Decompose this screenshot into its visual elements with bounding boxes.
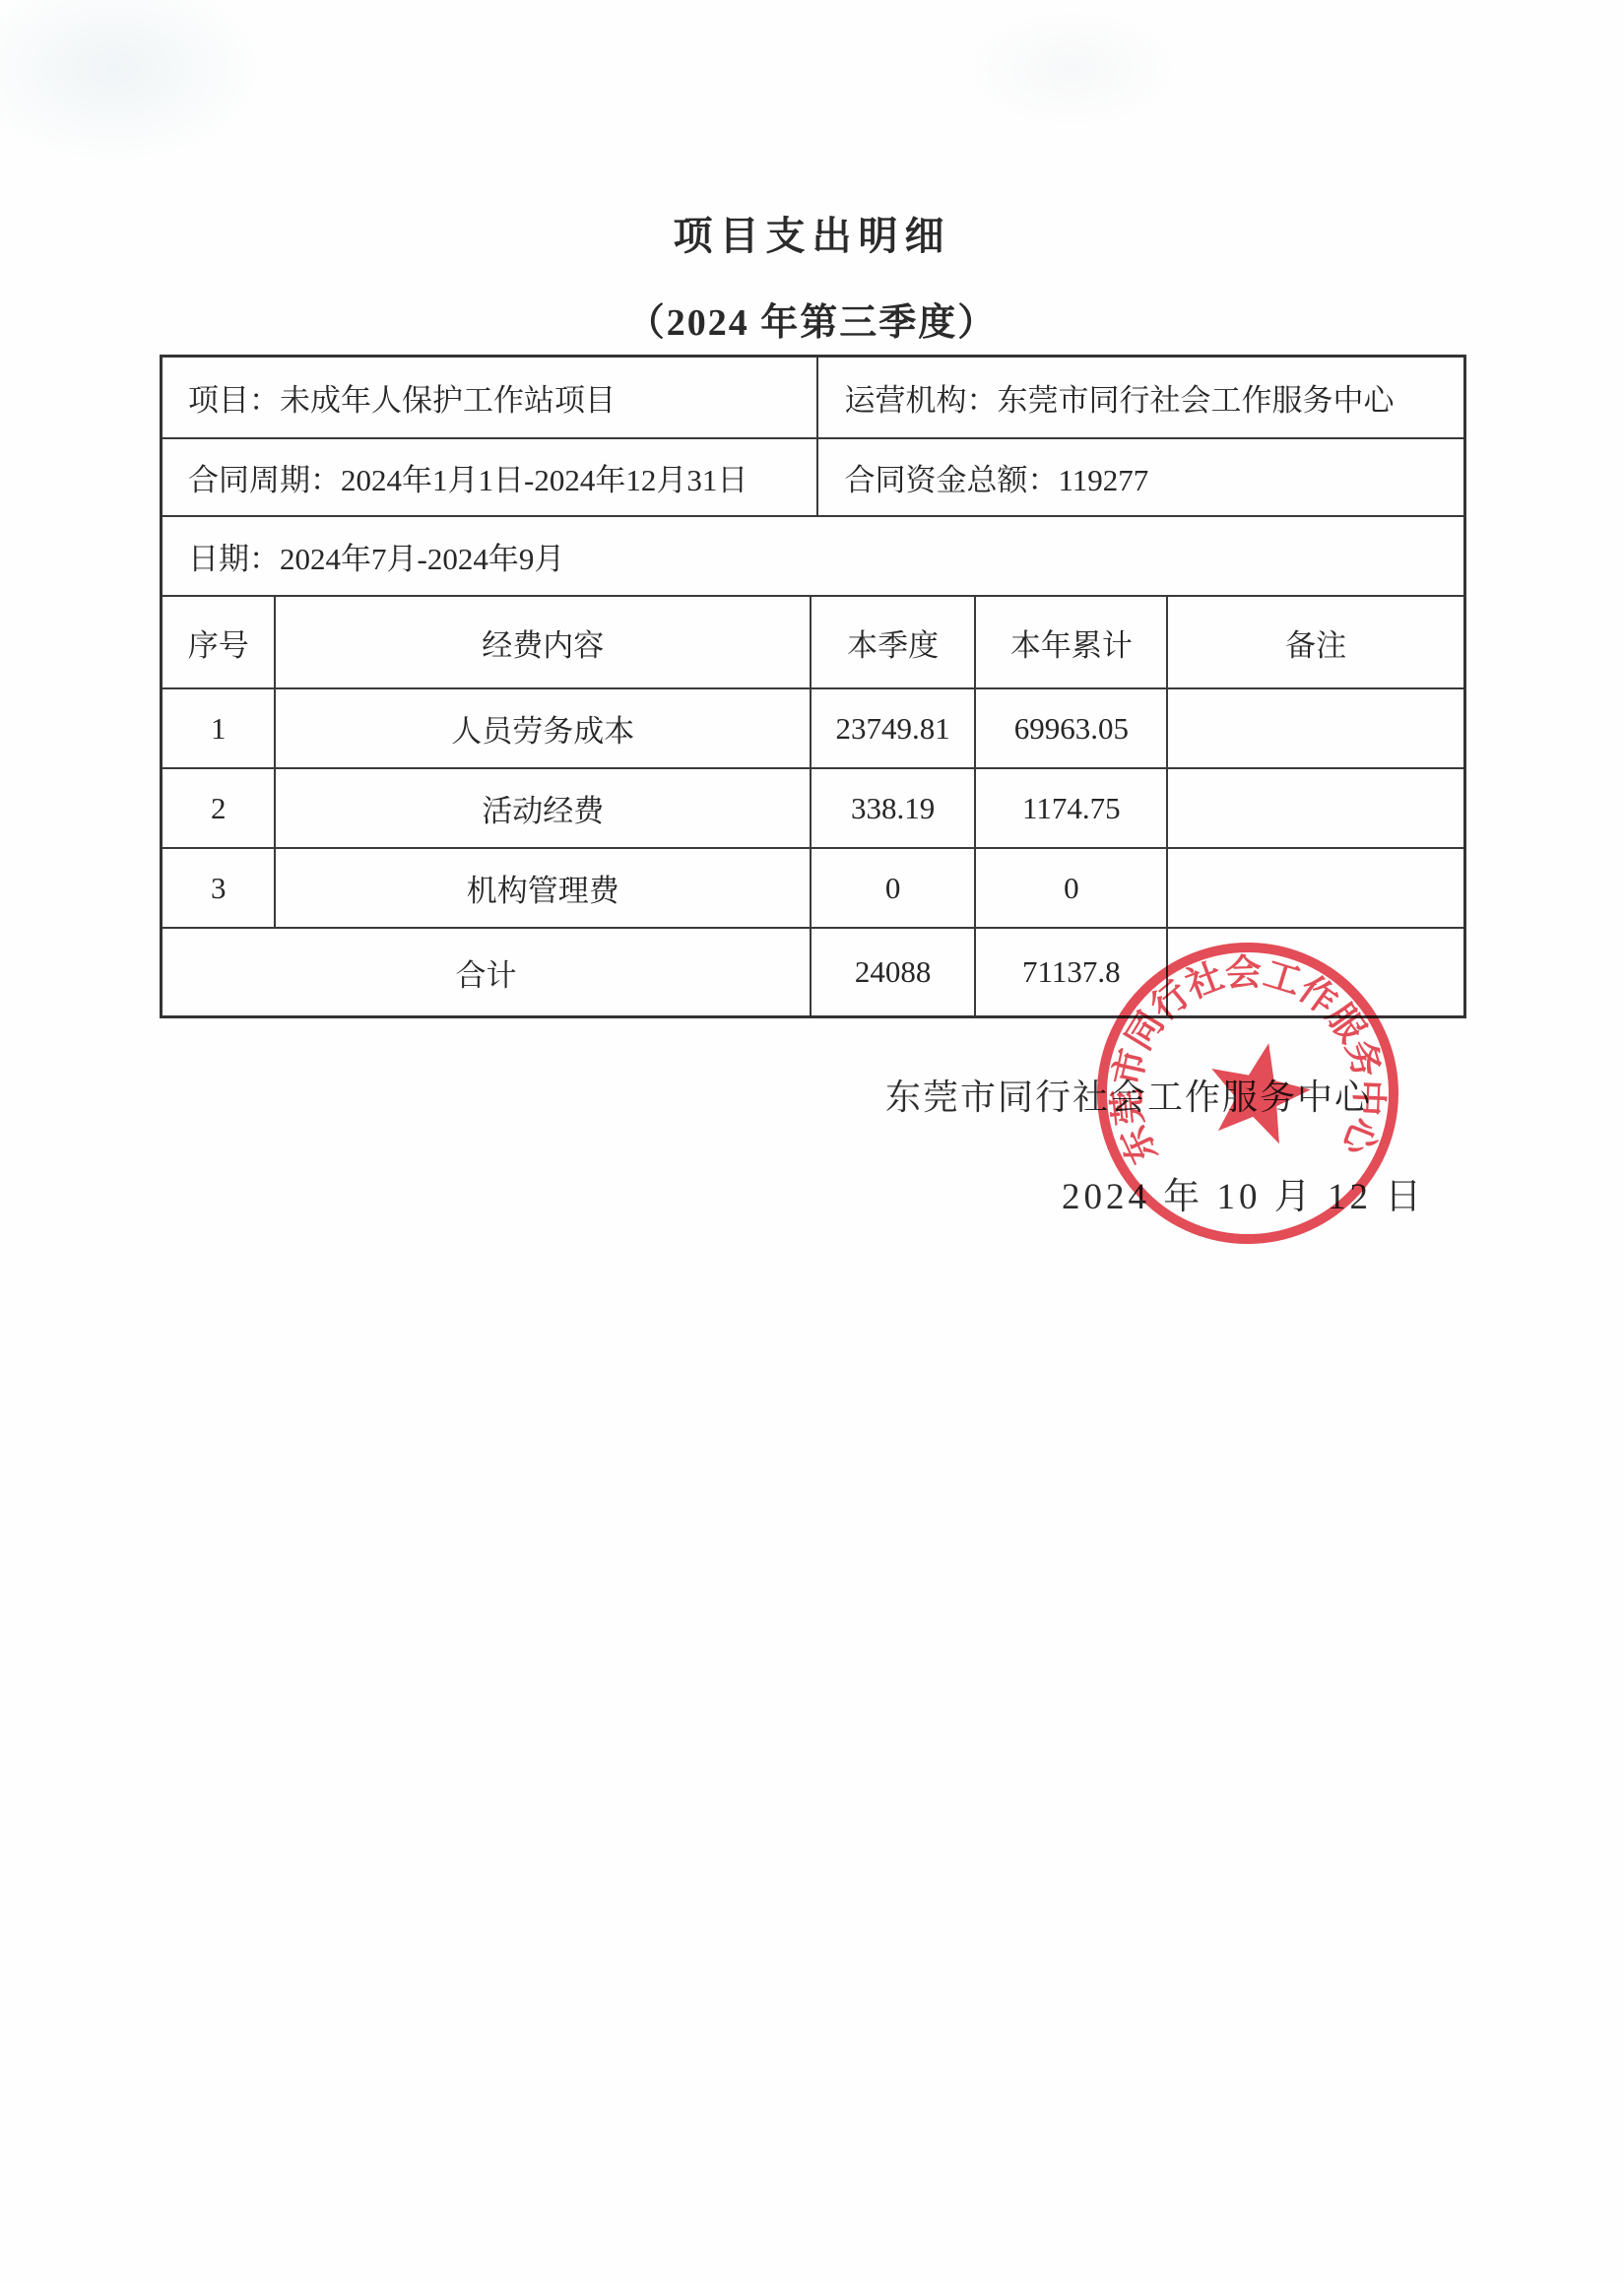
row-content: 活动经费: [274, 769, 810, 847]
info-row-contract: 合同周期：2024年1月1日-2024年12月31日 合同资金总额：119277: [162, 437, 1463, 515]
document-subtitle: （2024 年第三季度）: [0, 292, 1624, 346]
document-title: 项目支出明细: [0, 205, 1624, 261]
row-ytd: 1174.75: [974, 769, 1166, 847]
header-ytd: 本年累计: [974, 597, 1166, 687]
row-note: [1166, 689, 1463, 767]
table-header-row: 序号 经费内容 本季度 本年累计 备注: [162, 595, 1463, 687]
info-row-date: 日期：2024年7月-2024年9月: [162, 515, 1463, 595]
date-range-cell: 日期：2024年7月-2024年9月: [162, 517, 1463, 595]
signature-date: 2024 年 10 月 12 日: [1062, 1166, 1425, 1219]
total-ytd: 71137.8: [974, 929, 1166, 1015]
row-content: 人员劳务成本: [274, 689, 810, 767]
total-label: 合计: [162, 929, 810, 1015]
header-content: 经费内容: [274, 597, 810, 687]
table-row: 2 活动经费 338.19 1174.75: [162, 767, 1463, 847]
row-index: 2: [162, 769, 274, 847]
row-ytd: 0: [974, 849, 1166, 927]
table-row: 3 机构管理费 0 0: [162, 847, 1463, 927]
row-content: 机构管理费: [274, 849, 810, 927]
total-quarter: 24088: [810, 929, 974, 1015]
row-index: 3: [162, 849, 274, 927]
row-note: [1166, 769, 1463, 847]
info-row-project: 项目：未成年人保护工作站项目 运营机构：东莞市同行社会工作服务中心: [162, 358, 1463, 437]
header-quarter: 本季度: [810, 597, 974, 687]
table-total-row: 合计 24088 71137.8: [162, 927, 1463, 1015]
total-note: [1166, 929, 1463, 1015]
contract-period-cell: 合同周期：2024年1月1日-2024年12月31日: [162, 439, 816, 515]
header-note: 备注: [1166, 597, 1463, 687]
contract-total-cell: 合同资金总额：119277: [816, 439, 1463, 515]
operator-cell: 运营机构：东莞市同行社会工作服务中心: [816, 358, 1463, 437]
row-quarter: 338.19: [810, 769, 974, 847]
row-quarter: 23749.81: [810, 689, 974, 767]
row-quarter: 0: [810, 849, 974, 927]
header-index: 序号: [162, 597, 274, 687]
expense-table: 项目：未成年人保护工作站项目 运营机构：东莞市同行社会工作服务中心 合同周期：2…: [160, 355, 1466, 1018]
row-note: [1166, 849, 1463, 927]
row-ytd: 69963.05: [974, 689, 1166, 767]
project-cell: 项目：未成年人保护工作站项目: [162, 358, 816, 437]
table-row: 1 人员劳务成本 23749.81 69963.05: [162, 687, 1463, 767]
row-index: 1: [162, 689, 274, 767]
signature-organization: 东莞市同行社会工作服务中心: [885, 1070, 1372, 1120]
